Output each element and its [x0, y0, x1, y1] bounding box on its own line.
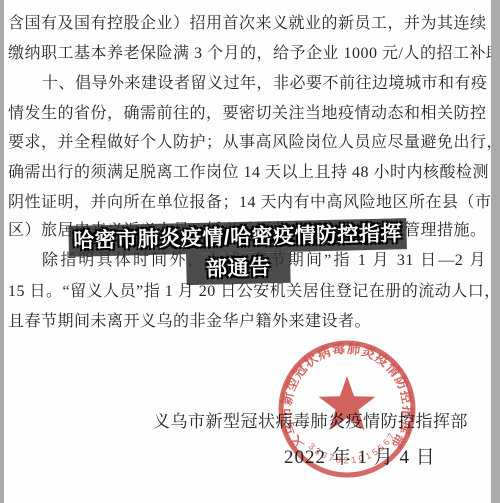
document-line: 确需出行的须满足脱离工作岗位 14 天以上且持 48 小时内核酸检测: [8, 161, 486, 185]
svg-text:3307821015567: 3307821015567: [306, 429, 398, 465]
document-line: 要求，并全程做好个人防护；从事高风险岗位人员应尽量避免出行，: [8, 131, 486, 155]
document-line: 且春节期间未离开义乌的非金华户籍外来建设者。: [8, 310, 486, 334]
page-edge-left: [0, 0, 4, 503]
document-line: 阴性证明，并向所在单位报备；14 天内有中高风险地区所在县（市、: [8, 191, 486, 215]
caption-overlay: 哈密市肺炎疫情/哈密疫情防控指挥 部通告: [67, 218, 408, 288]
notice-document-page: 含国有及国有控股企业）招用首次来义就业的新员工，并为其连续 缴纳职工基本养老保险…: [0, 0, 500, 503]
official-seal: 义乌市新型冠状病毒肺炎疫情防控指挥部 3307821015567: [274, 336, 420, 482]
document-line: 十、倡导外来建设者留义过年，非必要不前往边境城市和有疫: [8, 72, 486, 96]
seal-serial-number: 3307821015567: [306, 429, 398, 465]
seal-star-icon: [319, 376, 376, 430]
page-edge-right: [491, 0, 500, 503]
caption-line-2: 部通告: [186, 252, 291, 285]
document-line: 缴纳职工基本养老保险满 3 个月的，给予企业 1000 元/人的招工补助。: [8, 42, 486, 66]
caption-line-1: 哈密市肺炎疫情/哈密疫情防控指挥: [68, 218, 407, 257]
document-line: 含国有及国有控股企业）招用首次来义就业的新员工，并为其连续: [8, 12, 486, 36]
document-line: 情发生的省份，确需前往的，要密切关注当地疫情动态和相关防控: [8, 102, 486, 126]
